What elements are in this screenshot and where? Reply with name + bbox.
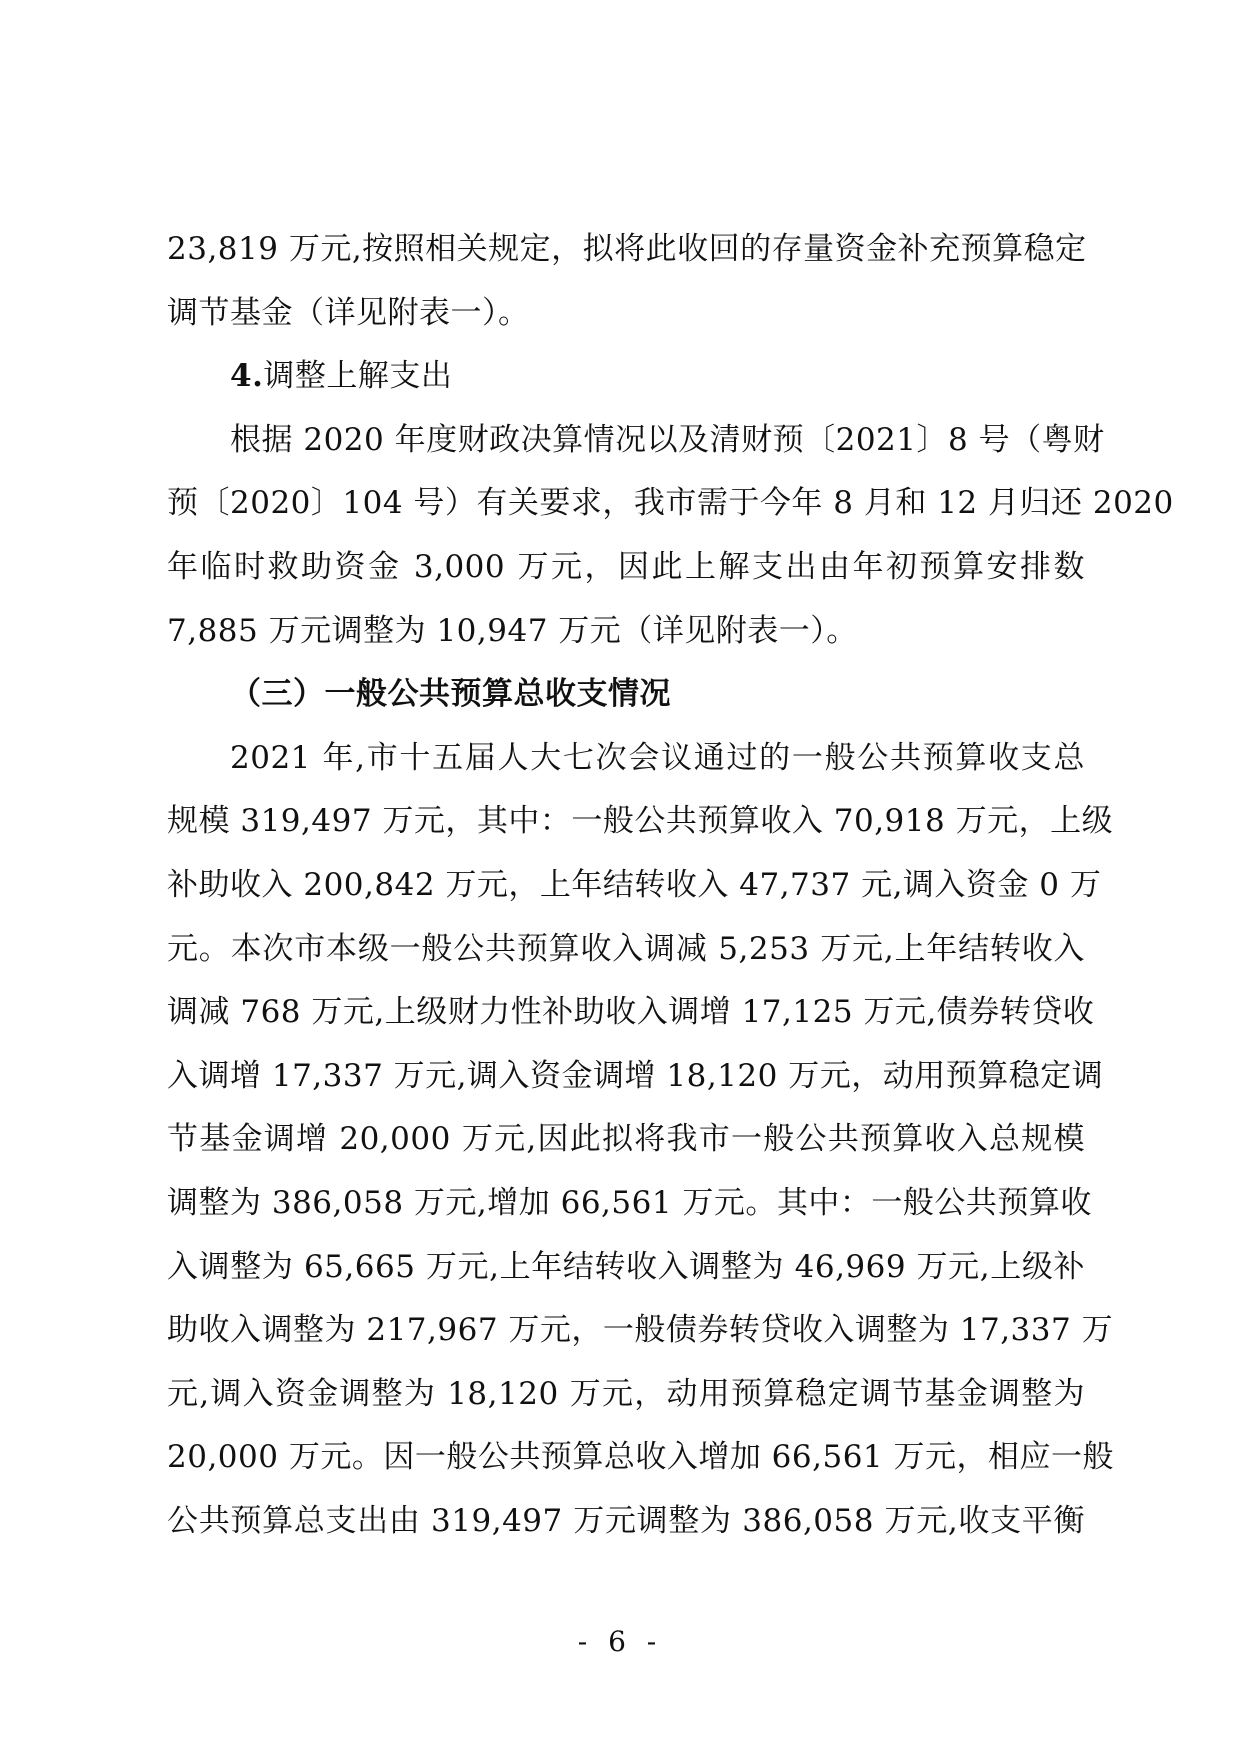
paragraph-line: 入调增 17,337 万元,调入资金调增 18,120 万元，动用预算稳定调 (167, 1045, 1085, 1109)
paragraph-line: 入调整为 65,665 万元,上年结转收入调整为 46,969 万元,上级补 (167, 1236, 1085, 1300)
paragraph-line: 元。本次市本级一般公共预算收入调减 5,253 万元,上年结转收入 (167, 918, 1085, 982)
paragraph-line: 根据 2020 年度财政决算情况以及清财预〔2021〕8 号（粤财 (167, 409, 1085, 473)
section-3-heading: （三）一般公共预算总收支情况 (167, 663, 1085, 727)
paragraph-line: 调整为 386,058 万元,增加 66,561 万元。其中：一般公共预算收 (167, 1172, 1085, 1236)
section-4-title: 调整上解支出 (263, 358, 452, 394)
paragraph-line: 调节基金（详见附表一）。 (167, 282, 1085, 346)
paragraph-line: 元,调入资金调整为 18,120 万元，动用预算稳定调节基金调整为 (167, 1363, 1085, 1427)
document-page: 23,819 万元,按照相关规定，拟将此收回的存量资金补充预算稳定 调节基金（详… (0, 0, 1240, 1754)
paragraph-line: 2021 年,市十五届人大七次会议通过的一般公共预算收支总 (167, 727, 1085, 791)
paragraph-line: 节基金调增 20,000 万元,因此拟将我市一般公共预算收入总规模 (167, 1108, 1085, 1172)
paragraph-line: 公共预算总支出由 319,497 万元调整为 386,058 万元,收支平衡 (167, 1490, 1085, 1554)
section-4-heading: 4.调整上解支出 (167, 345, 1085, 409)
paragraph-line: 预〔2020〕104 号）有关要求，我市需于今年 8 月和 12 月归还 202… (167, 472, 1085, 536)
page-number: - 6 - (0, 1625, 1240, 1658)
paragraph-line: 23,819 万元,按照相关规定，拟将此收回的存量资金补充预算稳定 (167, 218, 1085, 282)
paragraph-line: 助收入调整为 217,967 万元，一般债券转贷收入调整为 17,337 万 (167, 1299, 1085, 1363)
paragraph-line: 年临时救助资金 3,000 万元，因此上解支出由年初预算安排数 (167, 536, 1085, 600)
paragraph-line: 规模 319,497 万元，其中：一般公共预算收入 70,918 万元，上级 (167, 790, 1085, 854)
document-body: 23,819 万元,按照相关规定，拟将此收回的存量资金补充预算稳定 调节基金（详… (167, 218, 1085, 1553)
paragraph-line: 调减 768 万元,上级财力性补助收入调增 17,125 万元,债券转贷收 (167, 981, 1085, 1045)
paragraph-line: 20,000 万元。因一般公共预算总收入增加 66,561 万元，相应一般 (167, 1426, 1085, 1490)
section-4-number: 4. (230, 358, 263, 394)
paragraph-line: 补助收入 200,842 万元，上年结转收入 47,737 元,调入资金 0 万 (167, 854, 1085, 918)
paragraph-line: 7,885 万元调整为 10,947 万元（详见附表一）。 (167, 600, 1085, 664)
